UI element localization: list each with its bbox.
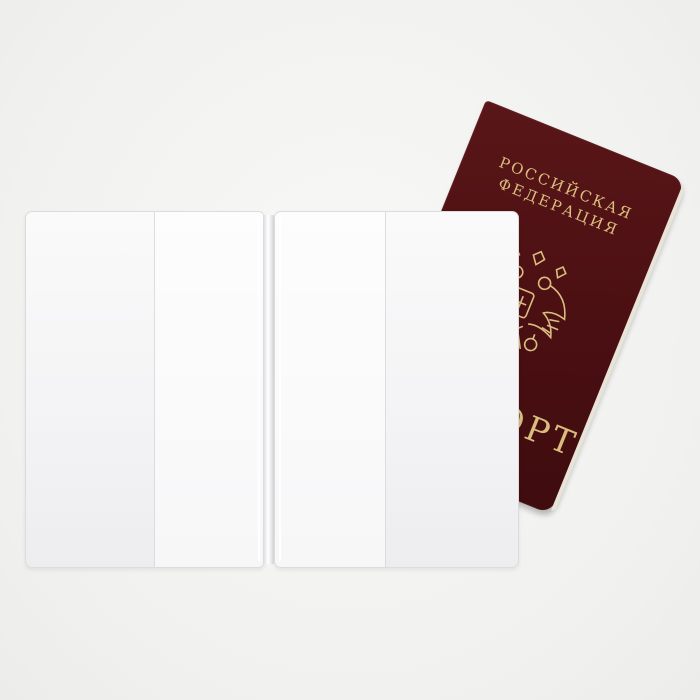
cover-left-pocket: [154, 212, 264, 567]
cover-right-panel: [274, 211, 519, 568]
cover-right-edge-highlight: [279, 218, 281, 561]
cover-spine: [263, 215, 274, 564]
cover-right-pocket: [275, 212, 386, 567]
passport-cover: [25, 211, 517, 568]
cover-left-edge-highlight: [258, 218, 260, 561]
cover-left-panel: [25, 211, 265, 568]
